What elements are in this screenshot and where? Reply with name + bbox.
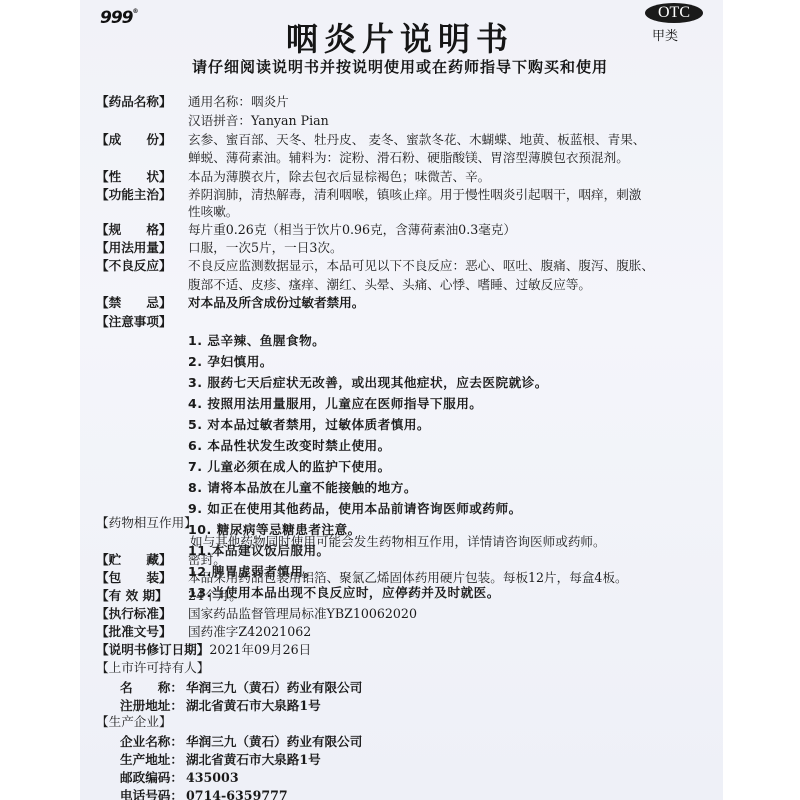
appearance-text: 本品为薄膜衣片，除去包衣后显棕褐色；味微苦、辛。 <box>188 168 490 185</box>
indications-line-1: 养阴润肺，清热解毒，清利咽喉，镇咳止痒。用于慢性咽炎引起咽干，咽痒，刺激 <box>188 186 641 203</box>
precaution-item: 1. 忌辛辣、鱼腥食物。 <box>188 330 325 349</box>
zip-code: 435003 <box>186 770 239 785</box>
section-interactions-label: 【药物相互作用】 <box>96 514 197 531</box>
indications-line-2: 性咳嗽。 <box>188 203 238 220</box>
section-label: 【功能主治】 <box>96 186 188 203</box>
precaution-item: 3. 服药七天后症状无改善，或出现其他症状，应去医院就诊。 <box>188 372 548 391</box>
precaution-item: 5. 对本品过敏者禁用，过敏体质者慎用。 <box>188 414 430 433</box>
section-dosage: 【用法用量】口服，一次5片，一日3次。 <box>96 239 343 256</box>
section-adverse-reactions: 【不良反应】不良反应监测数据显示，本品可见以下不良反应：恶心、呕吐、腹痛、腹泻、… <box>96 257 654 274</box>
interactions-text: 如与其他药物同时使用可能会发生药物相互作用，详情请咨询医师或药师。 <box>190 533 606 550</box>
section-standard: 【执行标准】国家药品监督管理局标准YBZ10062020 <box>96 605 417 622</box>
mah-name: 华润三九（黄石）药业有限公司 <box>186 680 362 695</box>
shelf-life-text: 24个月。 <box>188 587 242 604</box>
section-precautions-label: 【注意事项】 <box>96 313 172 330</box>
manufacturer-name-row: 企业名称：华润三九（黄石）药业有限公司 <box>120 731 362 750</box>
field-key: 企业名称： <box>120 731 186 750</box>
section-label: 【贮 藏】 <box>96 551 188 568</box>
section-label: 【规 格】 <box>96 221 188 238</box>
section-mah-label: 【上市许可持有人】 <box>96 659 209 676</box>
document-title: 咽炎片说明书 <box>0 14 800 60</box>
field-key: 邮政编码： <box>120 767 186 786</box>
section-label: 【不良反应】 <box>96 257 188 274</box>
section-label: 【药品名称】 <box>96 93 188 110</box>
section-ingredients: 【成 份】玄参、蜜百部、天冬、牡丹皮、 麦冬、蜜款冬花、木蝴蝶、地黄、板蓝根、青… <box>96 131 645 148</box>
ingredients-line-2: 蝉蜕、薄荷素油。辅料为：淀粉、滑石粉、硬脂酸镁、胃溶型薄膜包衣预混剂。 <box>188 149 629 166</box>
mah-address-row: 注册地址：湖北省黄石市大泉路1号 <box>120 695 321 714</box>
approval-text: 国药准字Z42021062 <box>188 623 311 640</box>
section-revision-date: 【说明书修订日期】2021年09月26日 <box>96 641 311 658</box>
contraindications-text: 对本品及所含成份过敏者禁用。 <box>188 294 364 311</box>
section-appearance: 【性 状】本品为薄膜衣片，除去包衣后显棕褐色；味微苦、辛。 <box>96 168 490 185</box>
manufacturer-address: 湖北省黄石市大泉路1号 <box>186 752 321 767</box>
manufacturer-address-row: 生产地址：湖北省黄石市大泉路1号 <box>120 749 321 768</box>
zip-row: 邮政编码：435003 <box>120 767 239 786</box>
section-label: 【批准文号】 <box>96 623 188 640</box>
field-key: 生产地址： <box>120 749 186 768</box>
packaging-text: 本品采用药品包装用铝箔、聚氯乙烯固体药用硬片包装。每板12片，每盒4板。 <box>188 569 628 586</box>
section-indications: 【功能主治】养阴润肺，清热解毒，清利咽喉，镇咳止痒。用于慢性咽炎引起咽干，咽痒，… <box>96 186 641 203</box>
section-storage: 【贮 藏】密封。 <box>96 551 226 568</box>
document-subtitle: 请仔细阅读说明书并按说明使用或在药师指导下购买和使用 <box>0 56 800 77</box>
mah-name-row: 名 称：华润三九（黄石）药业有限公司 <box>120 677 362 696</box>
section-approval: 【批准文号】国药准字Z42021062 <box>96 623 311 640</box>
generic-name: 通用名称：咽炎片 <box>188 93 289 110</box>
mah-address: 湖北省黄石市大泉路1号 <box>186 698 321 713</box>
section-drug-name: 【药品名称】通用名称：咽炎片 <box>96 93 289 110</box>
section-shelf-life: 【有 效 期】24个月。 <box>96 587 242 604</box>
section-label: 【包 装】 <box>96 569 188 586</box>
dosage-text: 口服，一次5片，一日3次。 <box>188 239 343 256</box>
precaution-item: 4. 按照用法用量服用，儿童应在医师指导下服用。 <box>188 393 482 412</box>
adverse-line-2: 腹部不适、皮疹、瘙痒、潮红、头晕、头痛、心悸、嗜睡、过敏反应等。 <box>188 276 591 293</box>
manufacturer-name: 华润三九（黄石）药业有限公司 <box>186 734 362 749</box>
precaution-item: 7. 儿童必须在成人的监护下使用。 <box>188 456 391 475</box>
section-specification: 【规 格】每片重0.26克（相当于饮片0.96克，含薄荷素油0.3毫克） <box>96 221 516 238</box>
section-label: 【有 效 期】 <box>96 587 188 604</box>
section-label: 【禁 忌】 <box>96 294 188 311</box>
ingredients-line-1: 玄参、蜜百部、天冬、牡丹皮、 麦冬、蜜款冬花、木蝴蝶、地黄、板蓝根、青果、 <box>188 131 645 148</box>
pinyin-name: 汉语拼音：Yanyan Pian <box>188 112 329 129</box>
precaution-item: 9. 如正在使用其他药品，使用本品前请咨询医师或药师。 <box>188 498 522 517</box>
section-contraindications: 【禁 忌】对本品及所含成份过敏者禁用。 <box>96 294 364 311</box>
specification-text: 每片重0.26克（相当于饮片0.96克，含薄荷素油0.3毫克） <box>188 221 516 238</box>
tel-row: 电话号码：0714-6359777 <box>120 785 288 800</box>
section-label: 【说明书修订日期】 <box>96 641 209 658</box>
section-packaging: 【包 装】本品采用药品包装用铝箔、聚氯乙烯固体药用硬片包装。每板12片，每盒4板… <box>96 569 628 586</box>
precaution-item: 8. 请将本品放在儿童不能接触的地方。 <box>188 477 417 496</box>
phone-number: 0714-6359777 <box>186 788 288 800</box>
field-key: 注册地址： <box>120 695 186 714</box>
precaution-item: 2. 孕妇慎用。 <box>188 351 273 370</box>
section-label: 【执行标准】 <box>96 605 188 622</box>
section-label: 【性 状】 <box>96 168 188 185</box>
section-label: 【成 份】 <box>96 131 188 148</box>
standard-text: 国家药品监督管理局标准YBZ10062020 <box>188 605 417 622</box>
field-key: 电话号码： <box>120 785 186 800</box>
section-manufacturer-label: 【生产企业】 <box>96 713 172 730</box>
adverse-line-1: 不良反应监测数据显示，本品可见以下不良反应：恶心、呕吐、腹痛、腹泻、腹胀、 <box>188 257 654 274</box>
section-label: 【用法用量】 <box>96 239 188 256</box>
revision-date-text: 2021年09月26日 <box>209 641 311 658</box>
precaution-item: 6. 本品性状发生改变时禁止使用。 <box>188 435 391 454</box>
storage-text: 密封。 <box>188 551 226 568</box>
field-key: 名 称： <box>120 677 186 696</box>
